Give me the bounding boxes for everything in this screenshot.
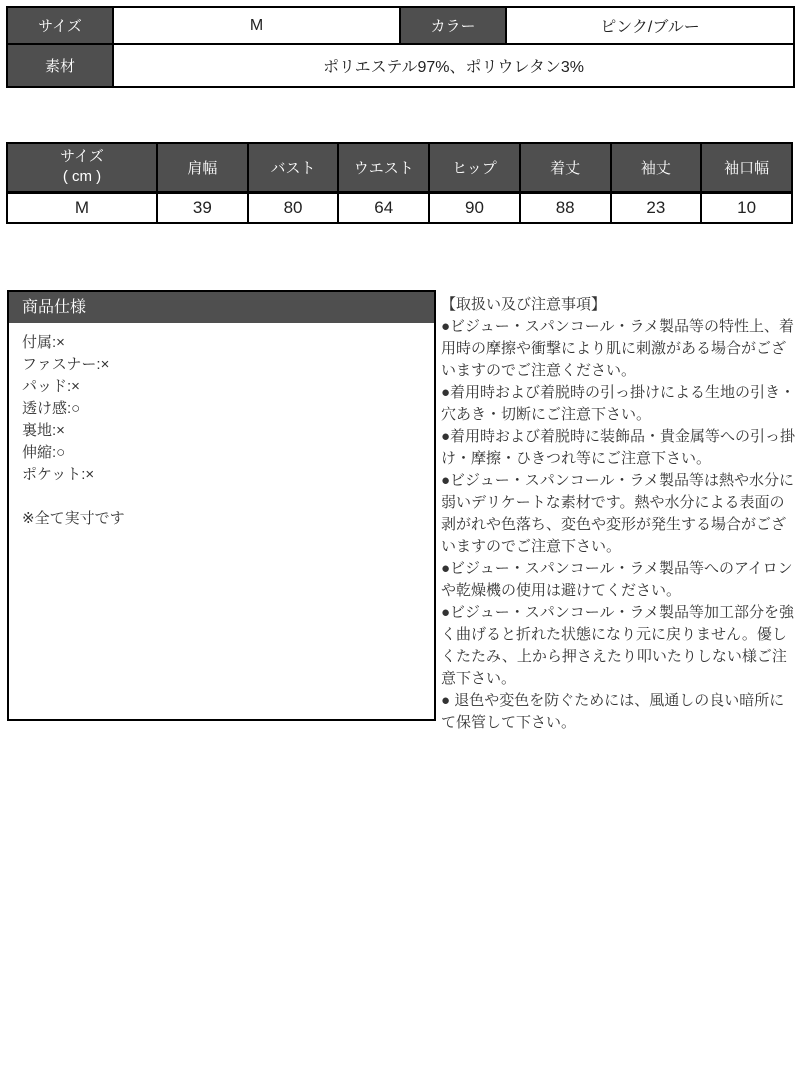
spec-item-pad: パッド:× <box>22 376 424 398</box>
col-header-length: 着丈 <box>520 143 611 192</box>
care-notes-heading: 【取扱い及び注意事項】 <box>441 294 798 316</box>
spec-item-stretch: 伸縮:○ <box>22 442 424 464</box>
col-header-bust: バスト <box>248 143 339 192</box>
col-header-shoulder: 肩幅 <box>157 143 248 192</box>
care-note-jewelry: ●着用時および着脱時に装飾品・貴金属等への引っ掛け・摩擦・ひきつれ等にご注意下さ… <box>441 426 798 470</box>
product-spec-page: サイズ M カラー ピンク/ブルー 素材 ポリエステル97%、ポリウレタン3% … <box>0 0 800 1067</box>
measurements-data-row: M 39 80 64 90 88 23 10 <box>7 192 792 223</box>
size-cm-header-cell: サイズ ( cm ) <box>7 143 157 192</box>
cell-shoulder: 39 <box>157 192 248 223</box>
size-cm-line1: サイズ <box>8 147 156 167</box>
col-header-waist: ウエスト <box>338 143 429 192</box>
cell-length: 88 <box>520 192 611 223</box>
col-header-sleeve: 袖丈 <box>611 143 702 192</box>
care-note-iron-dryer: ●ビジュー・スパンコール・ラメ製品等へのアイロンや乾燥機の使用は避けてください。 <box>441 558 798 602</box>
measurements-header-row: サイズ ( cm ) 肩幅 バスト ウエスト ヒップ 着丈 袖丈 袖口幅 <box>7 143 792 192</box>
care-note-heat-moisture: ●ビジュー・スパンコール・ラメ製品等は熱や水分に弱いデリケートな素材です。熱や水… <box>441 470 798 558</box>
spec-item-accessories: 付属:× <box>22 332 424 354</box>
care-note-friction: ●ビジュー・スパンコール・ラメ製品等の特性上、着用時の摩擦や衝撃により肌に刺激が… <box>441 316 798 382</box>
material-value-cell: ポリエステル97%、ポリウレタン3% <box>113 44 794 87</box>
cell-cuff: 10 <box>701 192 792 223</box>
size-cm-line2: ( cm ) <box>8 167 156 187</box>
care-note-snagging: ●着用時および着脱時の引っ掛けによる生地の引き・穴あき・切断にご注意下さい。 <box>441 382 798 426</box>
size-value-cell: M <box>113 7 400 44</box>
cell-sleeve: 23 <box>611 192 702 223</box>
col-header-cuff: 袖口幅 <box>701 143 792 192</box>
col-header-hip: ヒップ <box>429 143 520 192</box>
measurements-table: サイズ ( cm ) 肩幅 バスト ウエスト ヒップ 着丈 袖丈 袖口幅 M 3… <box>6 142 793 224</box>
spec-item-sheerness: 透け感:○ <box>22 398 424 420</box>
meta-row-size-color: サイズ M カラー ピンク/ブルー <box>7 7 794 44</box>
spec-item-list: 付属:× ファスナー:× パッド:× 透け感:○ 裏地:× 伸縮:○ ポケット:… <box>9 323 434 486</box>
size-label-cell: サイズ <box>7 7 113 44</box>
material-label-cell: 素材 <box>7 44 113 87</box>
spec-item-pocket: ポケット:× <box>22 464 424 486</box>
cell-size: M <box>7 192 157 223</box>
spec-item-lining: 裏地:× <box>22 420 424 442</box>
care-notes: 【取扱い及び注意事項】 ●ビジュー・スパンコール・ラメ製品等の特性上、着用時の摩… <box>441 294 798 734</box>
care-note-bending: ●ビジュー・スパンコール・ラメ製品等加工部分を強く曲げると折れた状態になり元に戻… <box>441 602 798 690</box>
spec-item-fastener: ファスナー:× <box>22 354 424 376</box>
product-meta-table: サイズ M カラー ピンク/ブルー 素材 ポリエステル97%、ポリウレタン3% <box>6 6 795 88</box>
color-value-cell: ピンク/ブルー <box>506 7 794 44</box>
cell-bust: 80 <box>248 192 339 223</box>
cell-waist: 64 <box>338 192 429 223</box>
care-note-storage: ● 退色や変色を防ぐためには、風通しの良い暗所にて保管して下さい。 <box>441 690 798 734</box>
meta-row-material: 素材 ポリエステル97%、ポリウレタン3% <box>7 44 794 87</box>
cell-hip: 90 <box>429 192 520 223</box>
spec-measure-note: ※全て実寸です <box>9 486 434 530</box>
spec-box-title: 商品仕様 <box>9 292 434 323</box>
product-spec-box: 商品仕様 付属:× ファスナー:× パッド:× 透け感:○ 裏地:× 伸縮:○ … <box>7 290 436 721</box>
color-label-cell: カラー <box>400 7 506 44</box>
